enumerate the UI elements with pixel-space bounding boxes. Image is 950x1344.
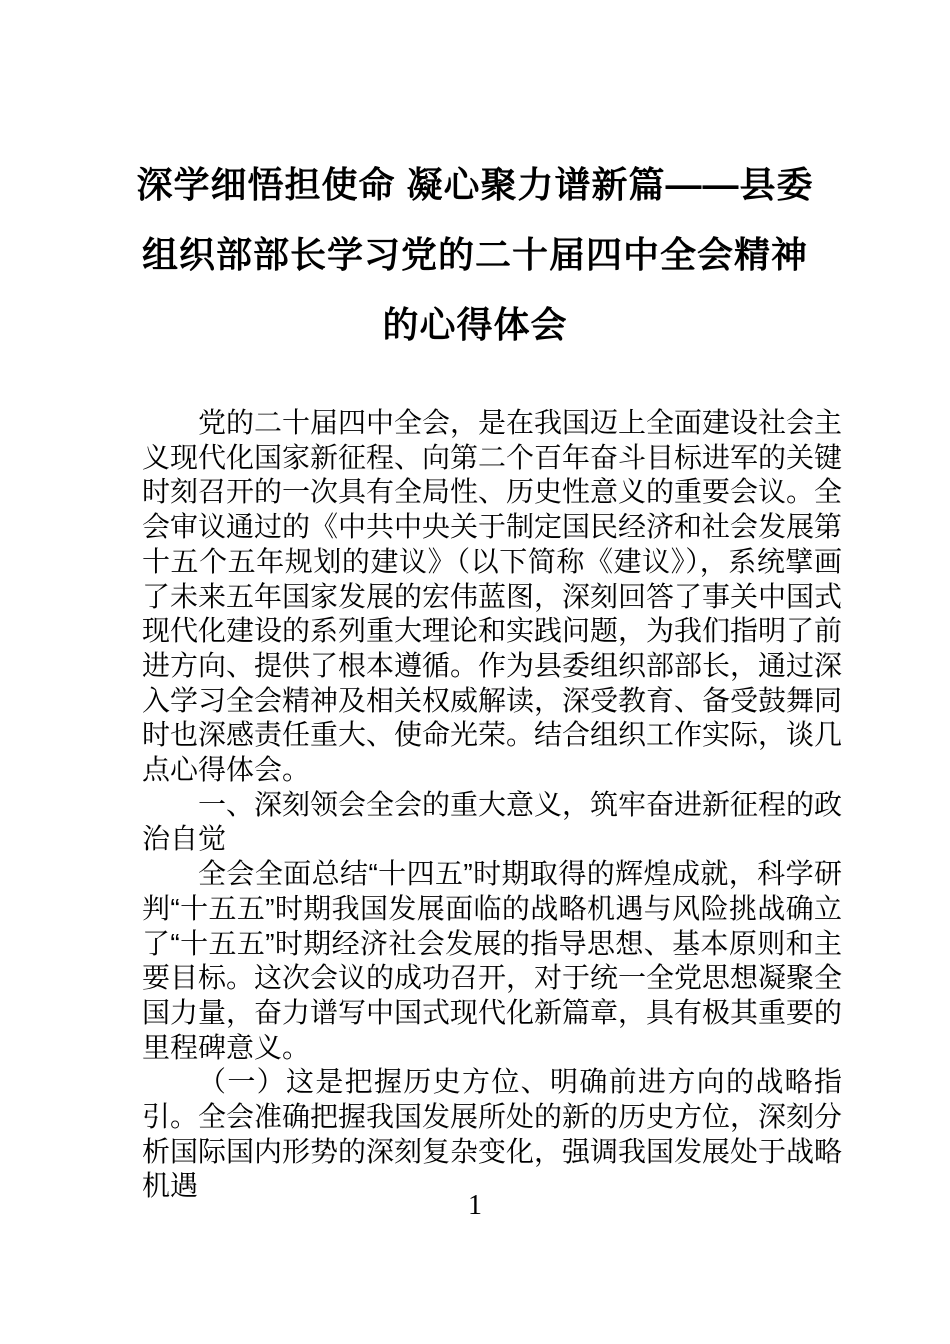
section-heading: 一、深刻领会全会的重大意义，筑牢奋进新征程的政治自觉 (142, 788, 842, 857)
document-title: 深学细悟担使命 凝心聚力谱新篇——县委 组织部部长学习党的二十届四中全会精神 的… (0, 150, 950, 360)
body-paragraph-summary: 全会全面总结“十四五”时期取得的辉煌成就，科学研判“十五五”时期我国发展面临的战… (142, 857, 842, 1065)
intro-paragraph: 党的二十届四中全会，是在我国迈上全面建设社会主义现代化国家新征程、向第二个百年奋… (142, 406, 842, 788)
document-title-line-3: 的心得体会 (0, 290, 950, 360)
document-title-line-2: 组织部部长学习党的二十届四中全会精神 (0, 220, 950, 290)
document-page: 深学细悟担使命 凝心聚力谱新篇——县委 组织部部长学习党的二十届四中全会精神 的… (0, 0, 950, 1344)
body-paragraph-strategic-guidance: （一）这是把握历史方位、明确前进方向的战略指引。全会准确把握我国发展所处的新的历… (142, 1065, 842, 1204)
document-title-line-1: 深学细悟担使命 凝心聚力谱新篇——县委 (0, 150, 950, 220)
page-number: 1 (0, 1190, 950, 1222)
document-body: 党的二十届四中全会，是在我国迈上全面建设社会主义现代化国家新征程、向第二个百年奋… (142, 406, 842, 1204)
